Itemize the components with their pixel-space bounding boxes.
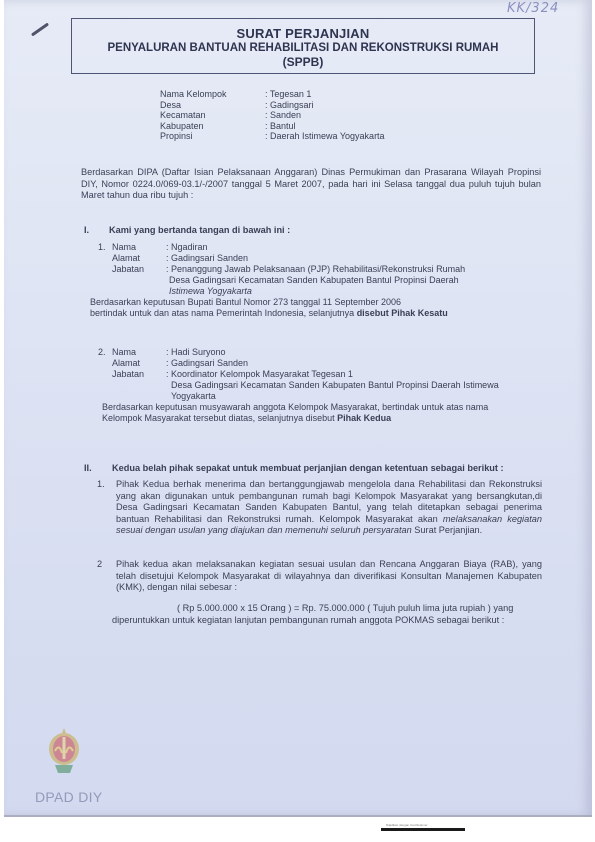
party-1-note: Berdasarkan keputusan Bupati Bantul Nomo… <box>90 297 528 308</box>
party-2-note: Berdasarkan keputusan musyawarah anggota… <box>102 402 540 413</box>
info-row: Nama Kelompok: Tegesan 1 <box>160 89 385 100</box>
watermark: DPAD DIY <box>35 789 103 805</box>
scanner-footer-text: Dijadikan dengan CamScanner <box>386 823 428 827</box>
title-box: SURAT PERJANJIAN PENYALURAN BANTUAN REHA… <box>71 18 535 74</box>
intro-paragraph: Berdasarkan DIPA (Daftar Isian Pelaksana… <box>81 167 541 202</box>
emblem-icon <box>45 727 83 779</box>
document-title: SURAT PERJANJIAN <box>72 26 534 41</box>
handwritten-reference: KK/324 <box>507 1 559 16</box>
document-abbreviation: (SPPB) <box>72 55 534 69</box>
page-edge <box>4 815 592 817</box>
clause-2: 2 Pihak kedua akan melaksanakan kegiatan… <box>97 559 542 594</box>
party-2: 2.Nama: Hadi Suryono Alamat: Gadingsari … <box>98 347 540 424</box>
budget-formula: ( Rp 5.000.000 x 15 Orang ) = Rp. 75.000… <box>177 603 513 613</box>
party-1: 1.Nama: Ngadiran Alamat: Gadingsari Sand… <box>98 242 528 319</box>
document-subtitle: PENYALURAN BANTUAN REHABILITASI DAN REKO… <box>72 42 534 54</box>
info-row: Kecamatan: Sanden <box>160 110 385 121</box>
section-2-heading: II.Kedua belah pihak sepakat untuk membu… <box>84 463 504 475</box>
info-row: Desa: Gadingsari <box>160 100 385 111</box>
info-row: Kabupaten: Bantul <box>160 121 385 132</box>
budget-purpose: diperuntukkan untuk kegiatan lanjutan pe… <box>112 615 504 625</box>
clause-1: 1. Pihak Kedua berhak menerima dan berta… <box>97 479 542 537</box>
group-info: Nama Kelompok: Tegesan 1 Desa: Gadingsar… <box>160 89 385 142</box>
footer-rule <box>381 828 465 831</box>
section-1-heading: I.Kami yang bertanda tangan di bawah ini… <box>84 225 290 237</box>
info-row: Propinsi: Daerah Istimewa Yogyakarta <box>160 131 385 142</box>
